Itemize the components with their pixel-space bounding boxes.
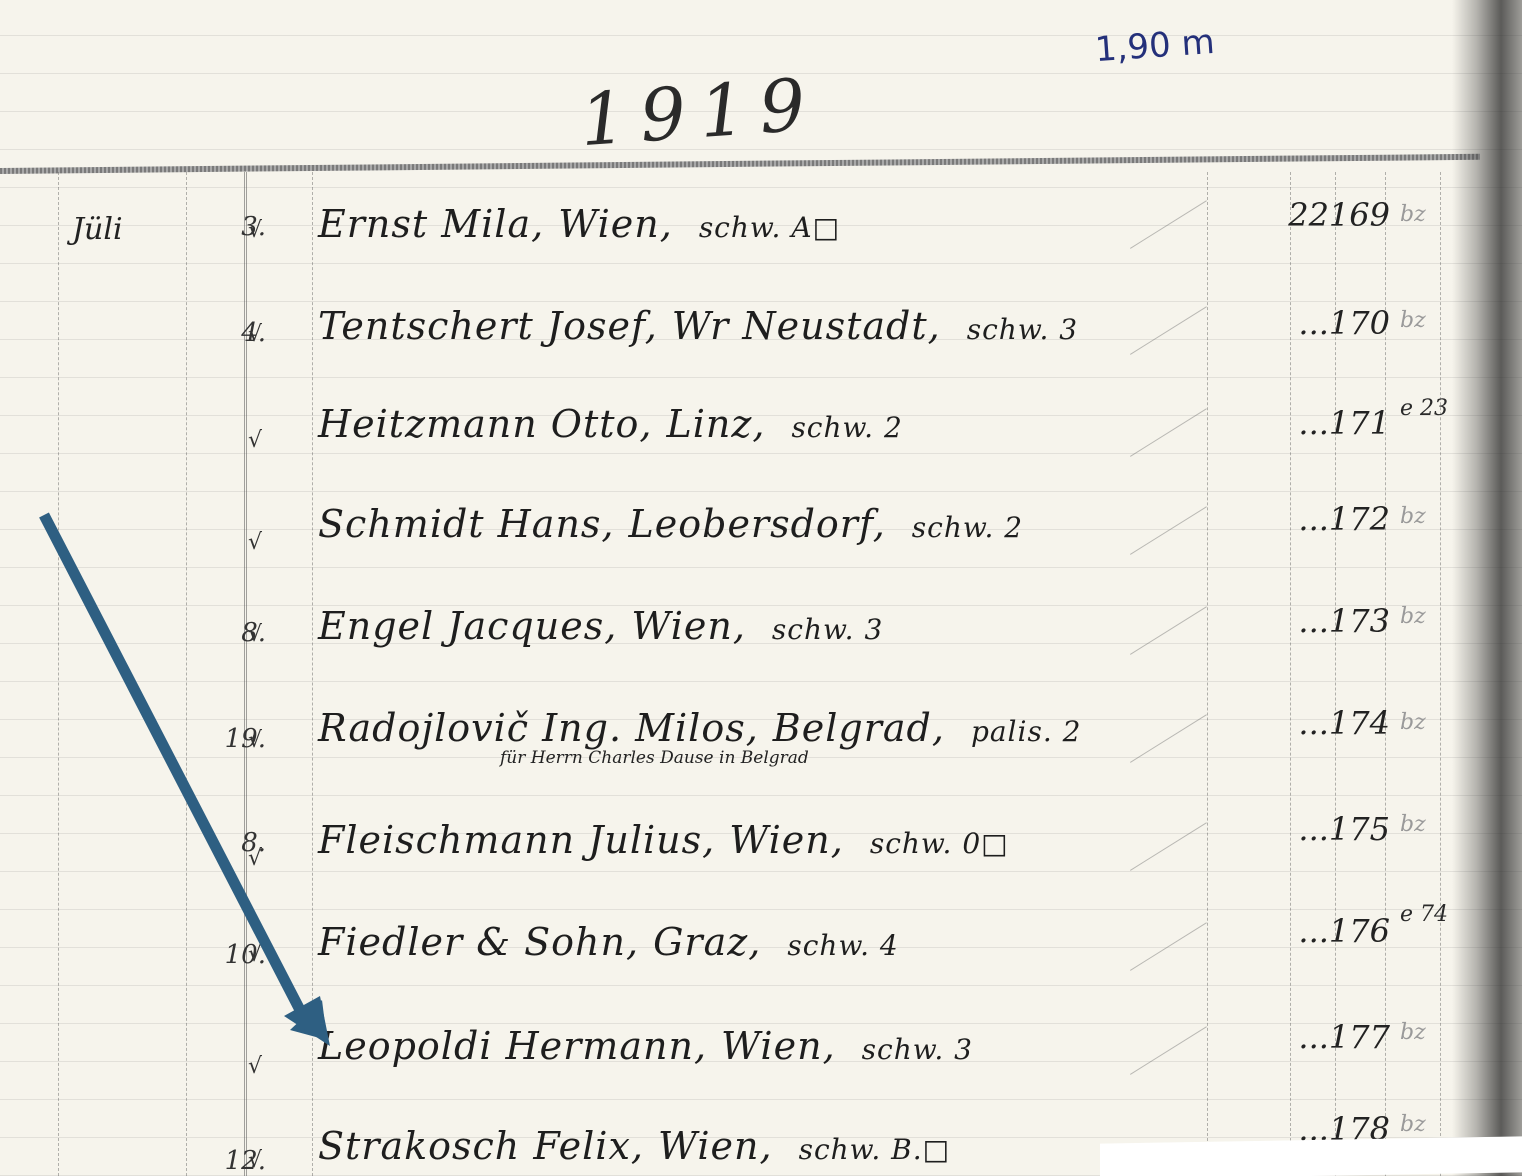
check-icon: √: [248, 428, 262, 453]
ledger-page: 1,90 m 1919 Jüli 3. √ Ernst Mila,Wien,sc…: [0, 0, 1522, 1176]
serial-number: ...172: [1230, 500, 1390, 538]
serial-number: ...175: [1230, 810, 1390, 848]
buyer-place: Wien: [721, 1024, 823, 1068]
buyer-name: Tentschert Josef: [318, 304, 645, 348]
check-icon: √: [248, 1054, 262, 1079]
serial-number: ...176: [1230, 912, 1390, 950]
piano-model: schw. 3: [967, 313, 1078, 346]
strike-line: [1130, 606, 1207, 655]
annotation-arrow-icon: [0, 0, 1522, 1176]
serial-number: ...174: [1230, 704, 1390, 742]
header-rule: [0, 154, 1480, 174]
row-entry: Leopoldi Hermann,Wien,schw. 3: [318, 1024, 973, 1068]
strike-line: [1130, 408, 1207, 457]
row-entry: Schmidt Hans,Leobersdorf,schw. 2: [318, 502, 1023, 546]
ledger-row: 4. √ Tentschert Josef,Wr Neustadt,schw. …: [0, 300, 1480, 360]
row-subnote: für Herrn Charles Dause in Belgrad: [500, 748, 809, 768]
row-mark: e 74: [1400, 902, 1448, 927]
piano-model: schw. 4: [787, 929, 898, 962]
buyer-place: Wr Neustadt: [672, 304, 928, 348]
row-mark: e 23: [1400, 396, 1448, 421]
ledger-row: 19. √ Radojlovič Ing. Milos,Belgrad,pali…: [0, 706, 1480, 766]
row-entry: Heitzmann Otto,Linz,schw. 2: [318, 402, 903, 446]
ledger-row: 8. √ Fleischmann Julius,Wien,schw. 0□ ..…: [0, 810, 1480, 870]
piano-model: schw. A□: [699, 211, 840, 244]
piano-model: palis. 2: [971, 715, 1082, 748]
serial-number: ...170: [1230, 304, 1390, 342]
piano-model: schw. 0□: [870, 827, 1009, 860]
piano-model: schw. B.□: [799, 1133, 950, 1166]
strike-line: [1130, 200, 1207, 249]
buyer-place: Belgrad: [773, 706, 932, 750]
serial-number: ...177: [1230, 1018, 1390, 1056]
row-mark: bz: [1400, 1112, 1426, 1137]
check-icon: √: [248, 530, 262, 555]
buyer-name: Ernst Mila: [318, 202, 531, 246]
buyer-place: Wien: [729, 818, 831, 862]
serial-number: ...171: [1230, 404, 1390, 442]
row-mark: bz: [1400, 604, 1426, 629]
check-icon: √: [248, 1148, 262, 1173]
strike-line: [1130, 1026, 1207, 1075]
piano-model: schw. 2: [791, 411, 902, 444]
row-mark: bz: [1400, 1020, 1426, 1045]
buyer-name: Strakosch Felix: [318, 1124, 631, 1168]
buyer-name: Leopoldi Hermann: [318, 1024, 694, 1068]
row-entry: Strakosch Felix,Wien,schw. B.□: [318, 1124, 950, 1168]
buyer-place: Linz: [666, 402, 752, 446]
row-mark: bz: [1400, 710, 1426, 735]
buyer-name: Schmidt Hans: [318, 502, 601, 546]
ledger-row: √ Schmidt Hans,Leobersdorf,schw. 2 ...17…: [0, 498, 1480, 558]
strike-line: [1130, 306, 1207, 355]
serial-number: ...173: [1230, 602, 1390, 640]
buyer-place: Leobersdorf: [629, 502, 873, 546]
check-icon: √: [248, 322, 262, 347]
row-entry: Fiedler & Sohn,Graz,schw. 4: [318, 920, 899, 964]
row-mark: bz: [1400, 308, 1426, 333]
margin-note: 1,90 m: [1094, 22, 1216, 70]
buyer-name: Fleischmann Julius: [318, 818, 702, 862]
ledger-row: 3. √ Ernst Mila,Wien,schw. A□ 22169 bz: [0, 196, 1480, 256]
book-binding-shadow: [1452, 0, 1522, 1176]
buyer-name: Radojlovič Ing. Milos: [318, 706, 746, 750]
buyer-name: Engel Jacques: [318, 604, 604, 648]
row-mark: bz: [1400, 202, 1426, 227]
serial-number: 22169: [1230, 196, 1390, 234]
row-entry: Ernst Mila,Wien,schw. A□: [318, 202, 840, 246]
buyer-place: Graz: [653, 920, 748, 964]
check-icon: √: [248, 942, 262, 967]
ledger-row: 8. √ Engel Jacques,Wien,schw. 3 ...173 b…: [0, 600, 1480, 660]
row-entry: Radojlovič Ing. Milos,Belgrad,palis. 2: [318, 706, 1081, 750]
page-bottom-edge: [1100, 1136, 1522, 1176]
strike-line: [1130, 506, 1207, 555]
row-entry: Tentschert Josef,Wr Neustadt,schw. 3: [318, 304, 1078, 348]
row-entry: Fleischmann Julius,Wien,schw. 0□: [318, 818, 1009, 862]
piano-model: schw. 2: [912, 511, 1023, 544]
check-icon: √: [248, 218, 262, 243]
buyer-place: Wien: [558, 202, 660, 246]
buyer-name: Heitzmann Otto: [318, 402, 639, 446]
row-entry: Engel Jacques,Wien,schw. 3: [318, 604, 883, 648]
buyer-place: Wien: [631, 604, 733, 648]
strike-line: [1130, 714, 1207, 763]
buyer-name: Fiedler & Sohn: [318, 920, 626, 964]
buyer-place: Wien: [658, 1124, 760, 1168]
piano-model: schw. 3: [862, 1033, 973, 1066]
check-icon: √: [248, 846, 262, 871]
strike-line: [1130, 822, 1207, 871]
piano-model: schw. 3: [772, 613, 883, 646]
row-mark: bz: [1400, 812, 1426, 837]
row-mark: bz: [1400, 504, 1426, 529]
ledger-row: 10. √ Fiedler & Sohn,Graz,schw. 4 ...176…: [0, 912, 1480, 972]
ledger-row-highlighted: √ Leopoldi Hermann,Wien,schw. 3 ...177 b…: [0, 1014, 1480, 1074]
page-year: 1919: [577, 62, 822, 162]
check-icon: √: [248, 622, 262, 647]
check-icon: √: [248, 728, 262, 753]
ledger-row: √ Heitzmann Otto,Linz,schw. 2 ...171 e 2…: [0, 400, 1480, 460]
strike-line: [1130, 922, 1207, 971]
